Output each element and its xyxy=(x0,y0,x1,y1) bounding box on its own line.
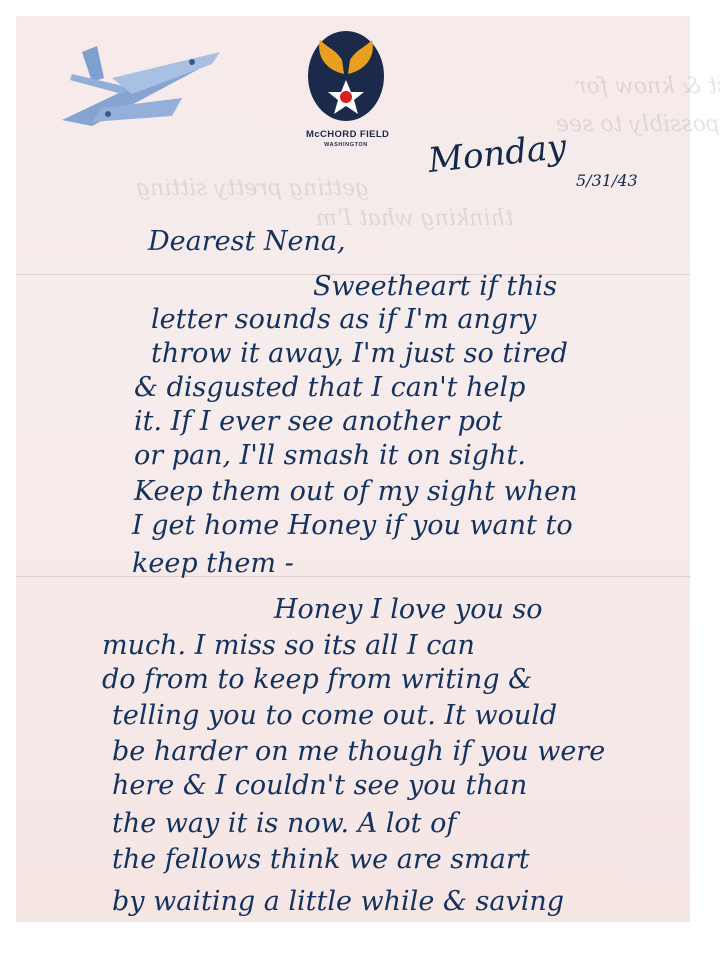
letter-line: Honey I love you so xyxy=(274,594,543,625)
letter-line: throw it away, I'm just so tired xyxy=(151,338,568,369)
letterhead-title: McCHORD FIELD xyxy=(306,129,386,140)
letter-page: a little rest & know for that possibly t… xyxy=(16,16,690,922)
letter-line: by waiting a little while & saving xyxy=(112,886,564,917)
letter-line: I get home Honey if you want to xyxy=(132,510,573,541)
letter-line: Sweetheart if this xyxy=(313,271,557,302)
letter-line: telling you to come out. It would xyxy=(112,700,557,731)
letter-line: much. I miss so its all I can xyxy=(102,630,475,661)
letter-line: the fellows think we are smart xyxy=(112,844,530,875)
letter-line: the way it is now. A lot of xyxy=(112,808,456,839)
letter-date: 5/31/43 xyxy=(576,171,638,190)
letter-line: be harder on me though if you were xyxy=(112,736,605,767)
salutation: Dearest Nena, xyxy=(148,226,346,257)
letter-day: Monday xyxy=(426,127,568,181)
bleed-through-text: a little rest & know for xyxy=(576,74,720,99)
letter-line: letter sounds as if I'm angry xyxy=(151,304,536,335)
bleed-through-text: that possibly to see xyxy=(556,112,720,137)
letter-line: do from to keep from writing & xyxy=(102,664,532,695)
fold-crease xyxy=(16,576,690,577)
letter-line: it. If I ever see another pot xyxy=(134,406,502,437)
letter-line: or pan, I'll smash it on sight. xyxy=(134,440,526,471)
bleed-through-text: getting pretty sitting xyxy=(136,176,369,201)
letterhead-subtitle: WASHINGTON xyxy=(306,142,386,148)
letter-line: Keep them out of my sight when xyxy=(134,476,577,507)
b17-bomber-icon xyxy=(52,38,222,128)
air-forces-emblem-icon xyxy=(306,30,386,122)
letter-line: keep them - xyxy=(132,548,294,579)
letter-line: & disgusted that I can't help xyxy=(134,372,525,403)
letter-line: here & I couldn't see you than xyxy=(112,770,527,801)
